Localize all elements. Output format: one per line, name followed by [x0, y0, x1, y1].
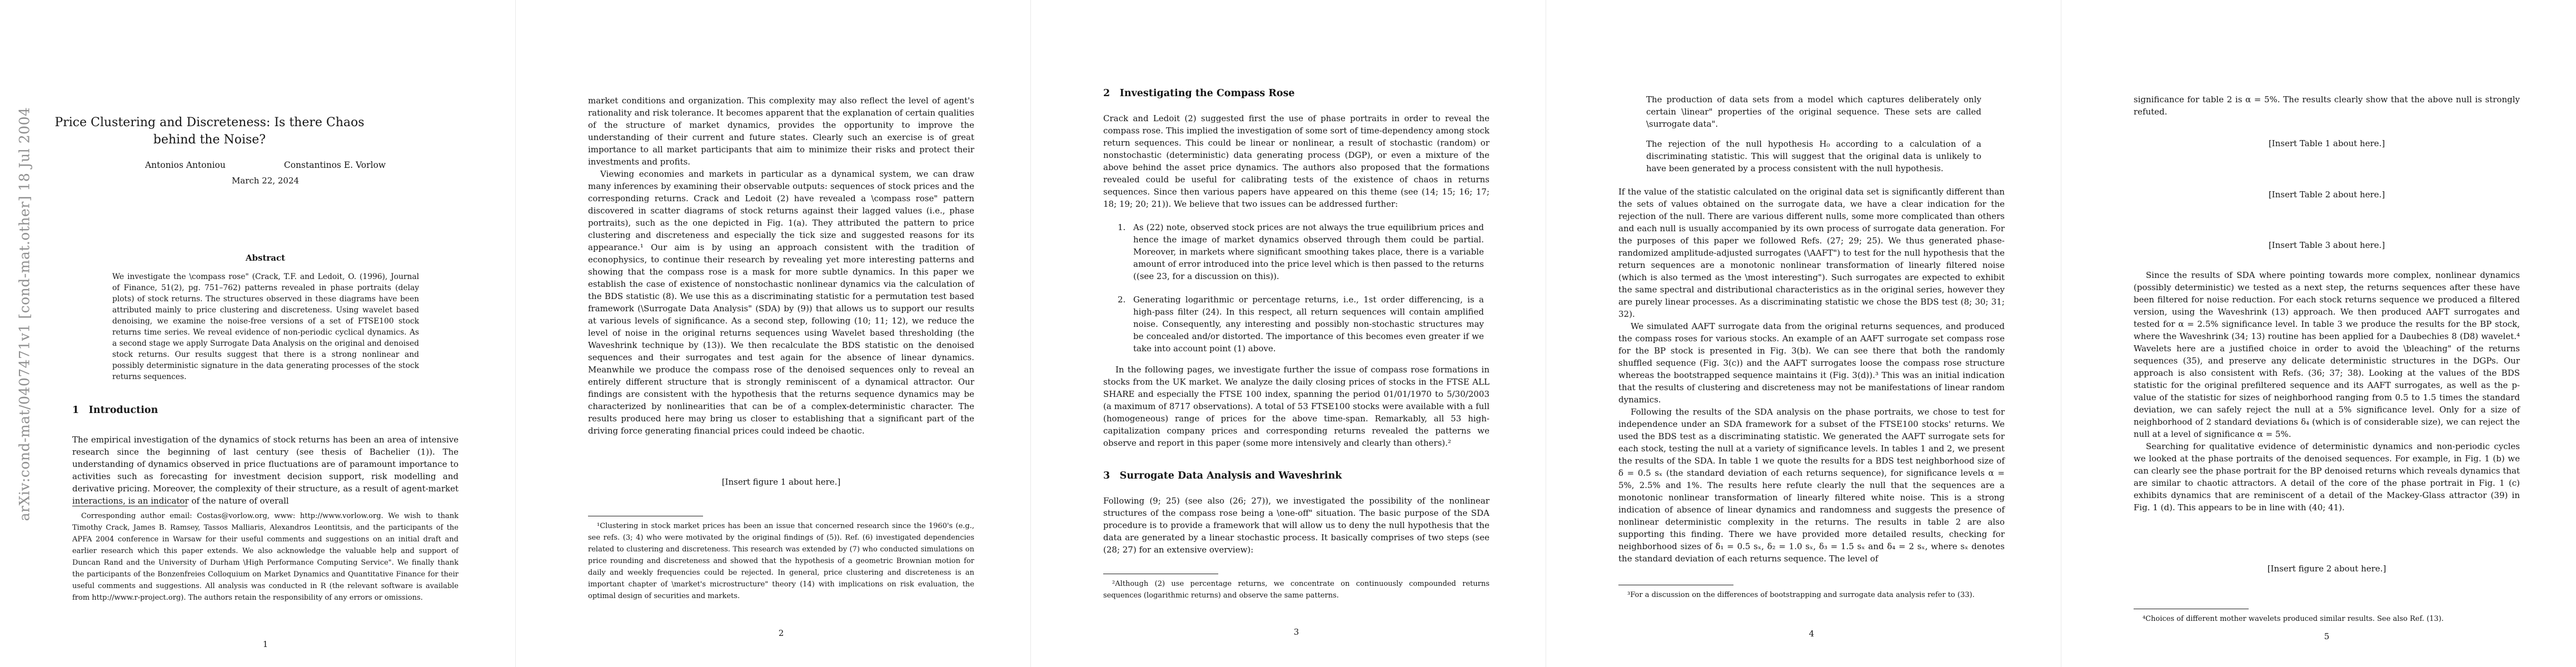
insert-figure-placeholder: [Insert figure 1 about here.] [588, 477, 974, 487]
abstract-text: We investigate the \compass rose" (Crack… [112, 271, 419, 382]
insert-table-placeholder: [Insert Table 2 about here.] [2134, 190, 2520, 200]
author-name-2: Constantinos E. Vorlow [284, 160, 386, 170]
footnote-rule [1103, 574, 1218, 574]
body-paragraph: Following (9; 25) (see also (26; 27)), w… [1103, 495, 1489, 556]
page-number: 4 [1618, 629, 2005, 639]
page5-body: Since the results of SDA where pointing … [2134, 269, 2520, 514]
body-paragraph: We simulated AAFT surrogate data from th… [1618, 320, 2005, 406]
list-item-text: Generating logarithmic or percentage ret… [1133, 293, 1484, 355]
insert-figure-placeholder: [Insert figure 2 about here.] [2134, 564, 2520, 574]
footnote-rule [588, 516, 703, 516]
footnote-text: Corresponding author email: Costas@vorlo… [72, 510, 459, 604]
body-paragraph: Following the results of the SDA analysi… [1618, 406, 2005, 565]
page2-body: market conditions and organization. This… [588, 94, 974, 437]
footnote-text: ³For a discussion on the differences of … [1618, 589, 2005, 601]
body-paragraph: If the value of the statistic calculated… [1618, 186, 2005, 320]
section-heading-compass-rose: 2 Investigating the Compass Rose [1103, 88, 1489, 99]
title-line-2: behind the Noise? [37, 131, 382, 148]
page-number: 1 [72, 639, 459, 649]
page-number: 3 [1103, 627, 1489, 637]
body-paragraph: In the following pages, we investigate f… [1103, 364, 1489, 449]
page-3: 2 Investigating the Compass Rose Crack a… [1030, 0, 1546, 667]
page-number: 2 [588, 628, 974, 638]
title-line-1: Price Clustering and Discreteness: Is th… [37, 114, 382, 131]
list-item-text: As (22) note, observed stock prices are … [1133, 221, 1484, 282]
insert-table-placeholder: [Insert Table 3 about here.] [2134, 240, 2520, 250]
authors-row: Antonios Antoniou Constantinos E. Vorlow [72, 160, 459, 170]
body-paragraph: Searching for qualitative evidence of de… [2134, 440, 2520, 514]
block-quote: The rejection of the null hypothesis H₀ … [1646, 138, 1981, 175]
footnote-text: ¹Clustering in stock market prices has b… [588, 520, 974, 602]
page1-body: The empirical investigation of the dynam… [72, 434, 459, 507]
paper-date: March 22, 2024 [72, 176, 459, 186]
body-paragraph: significance for table 2 is α = 5%. The … [2134, 93, 2520, 118]
paper-title: Price Clustering and Discreteness: Is th… [37, 114, 382, 148]
section-heading-introduction: 1 Introduction [72, 405, 459, 416]
paper-scan: { "sidebar": { "text": "arXiv:cond-mat/0… [0, 0, 2576, 667]
body-paragraph: market conditions and organization. This… [588, 94, 974, 168]
section-heading-sda-waveshrink: 3 Surrogate Data Analysis and Waveshrink [1103, 470, 1489, 481]
body-paragraph: Viewing economies and markets in particu… [588, 168, 974, 437]
page-2: market conditions and organization. This… [515, 0, 1031, 667]
list-item-marker: 1. [1118, 221, 1133, 282]
footnote-rule [72, 506, 187, 506]
body-paragraph: Since the results of SDA where pointing … [2134, 269, 2520, 440]
list-item: 2. Generating logarithmic or percentage … [1118, 293, 1489, 355]
page5-intro: significance for table 2 is α = 5%. The … [2134, 93, 2520, 118]
footnote-text: ⁴Choices of different mother wavelets pr… [2134, 613, 2520, 625]
block-quote: The production of data sets from a model… [1646, 93, 1981, 130]
insert-table-placeholder: [Insert Table 1 about here.] [2134, 138, 2520, 148]
page-5: significance for table 2 is α = 5%. The … [2061, 0, 2576, 667]
abstract-heading: Abstract [72, 253, 459, 263]
footnote-rule [1618, 585, 1733, 585]
list-item: 1. As (22) note, observed stock prices a… [1118, 221, 1489, 282]
arxiv-watermark: arXiv:cond-mat/0407471v1 [cond-mat.other… [17, 107, 33, 521]
body-paragraph: Crack and Ledoit (2) suggested first the… [1103, 112, 1489, 210]
footnote-rule [2134, 609, 2249, 609]
footnote-text: ²Although (2) use percentage returns, we… [1103, 578, 1489, 601]
body-paragraph: The empirical investigation of the dynam… [72, 434, 459, 507]
list-item-marker: 2. [1118, 293, 1133, 355]
page-4: The production of data sets from a model… [1546, 0, 2061, 667]
page3-body: 2 Investigating the Compass Rose Crack a… [1103, 88, 1489, 556]
page4-body: The production of data sets from a model… [1618, 93, 2005, 565]
page-1: Price Clustering and Discreteness: Is th… [0, 0, 515, 667]
author-name-1: Antonios Antoniou [145, 160, 226, 170]
page-number: 5 [2134, 631, 2520, 641]
